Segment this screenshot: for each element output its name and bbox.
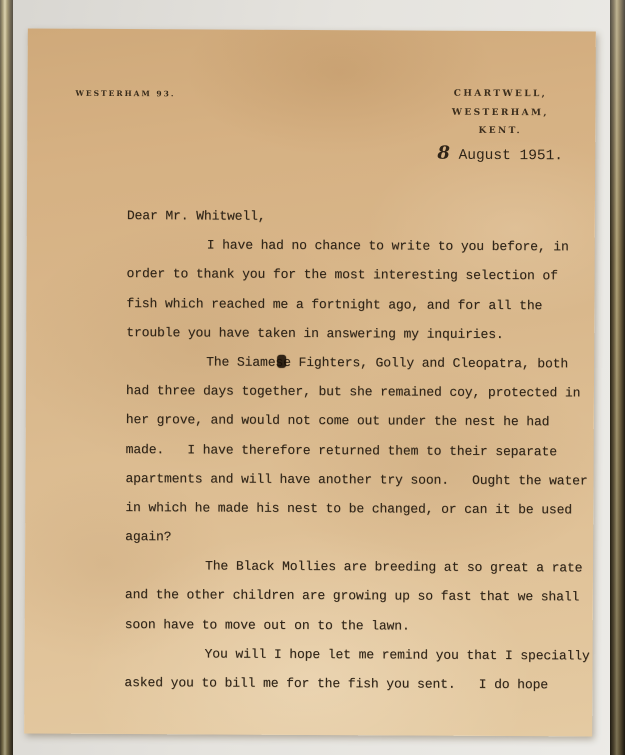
letter-line: her grove, and would not come out under … bbox=[126, 405, 592, 437]
frame-left-edge bbox=[0, 0, 13, 755]
letter-line: The Black Mollies are breeding at so gre… bbox=[125, 551, 591, 583]
letter-line: and the other children are growing up so… bbox=[125, 580, 591, 612]
letter-line: made. I have therefore returned them to … bbox=[126, 435, 592, 467]
letter-line: trouble you have taken in answering my i… bbox=[126, 318, 592, 350]
letter-line: in which he made his nest to be changed,… bbox=[125, 493, 591, 525]
letter-line: soon have to move out on to the lawn. bbox=[125, 610, 591, 642]
letter-line: You will I hope let me remind you that I… bbox=[125, 639, 591, 671]
letterhead-address-line: KENT. bbox=[425, 122, 575, 141]
letter-date-rest: August 1951. bbox=[450, 147, 563, 164]
letterhead-address-line: CHARTWELL, bbox=[425, 85, 575, 104]
letter-line: The Siamese Fighters, Golly and Cleopatr… bbox=[126, 347, 592, 379]
letter-line: asked you to bill me for the fish you se… bbox=[124, 668, 590, 700]
letter-line: again? bbox=[125, 522, 591, 554]
framed-letter-photo: WESTERHAM 93. CHARTWELL, WESTERHAM, KENT… bbox=[0, 0, 625, 755]
letterhead-phone: WESTERHAM 93. bbox=[75, 89, 175, 99]
letter-line: I have had no chance to write to you bef… bbox=[127, 230, 593, 262]
letter-date-day: 8 bbox=[437, 142, 450, 163]
letter-line-text: The Siamese Fighters, Golly and Cleopatr… bbox=[206, 354, 568, 371]
typewriter-overstrike-mark bbox=[277, 355, 286, 368]
letterhead-address-line: WESTERHAM, bbox=[425, 103, 575, 122]
letter-salutation: Dear Mr. Whitwell, bbox=[127, 201, 593, 233]
letter-line: fish which reached me a fortnight ago, a… bbox=[126, 289, 592, 321]
frame-right-edge bbox=[610, 0, 625, 755]
letter-paper: WESTERHAM 93. CHARTWELL, WESTERHAM, KENT… bbox=[24, 29, 596, 737]
letter-line: had three days together, but she remaine… bbox=[126, 376, 592, 408]
letterhead-address: CHARTWELL, WESTERHAM, KENT. 8 August 195… bbox=[425, 85, 575, 166]
letter-body: Dear Mr. Whitwell, I have had no chance … bbox=[124, 201, 593, 700]
letter-line: order to thank you for the most interest… bbox=[126, 259, 592, 291]
letter-date: 8 August 1951. bbox=[425, 144, 575, 165]
letter-line: apartments and will have another try soo… bbox=[125, 464, 591, 496]
